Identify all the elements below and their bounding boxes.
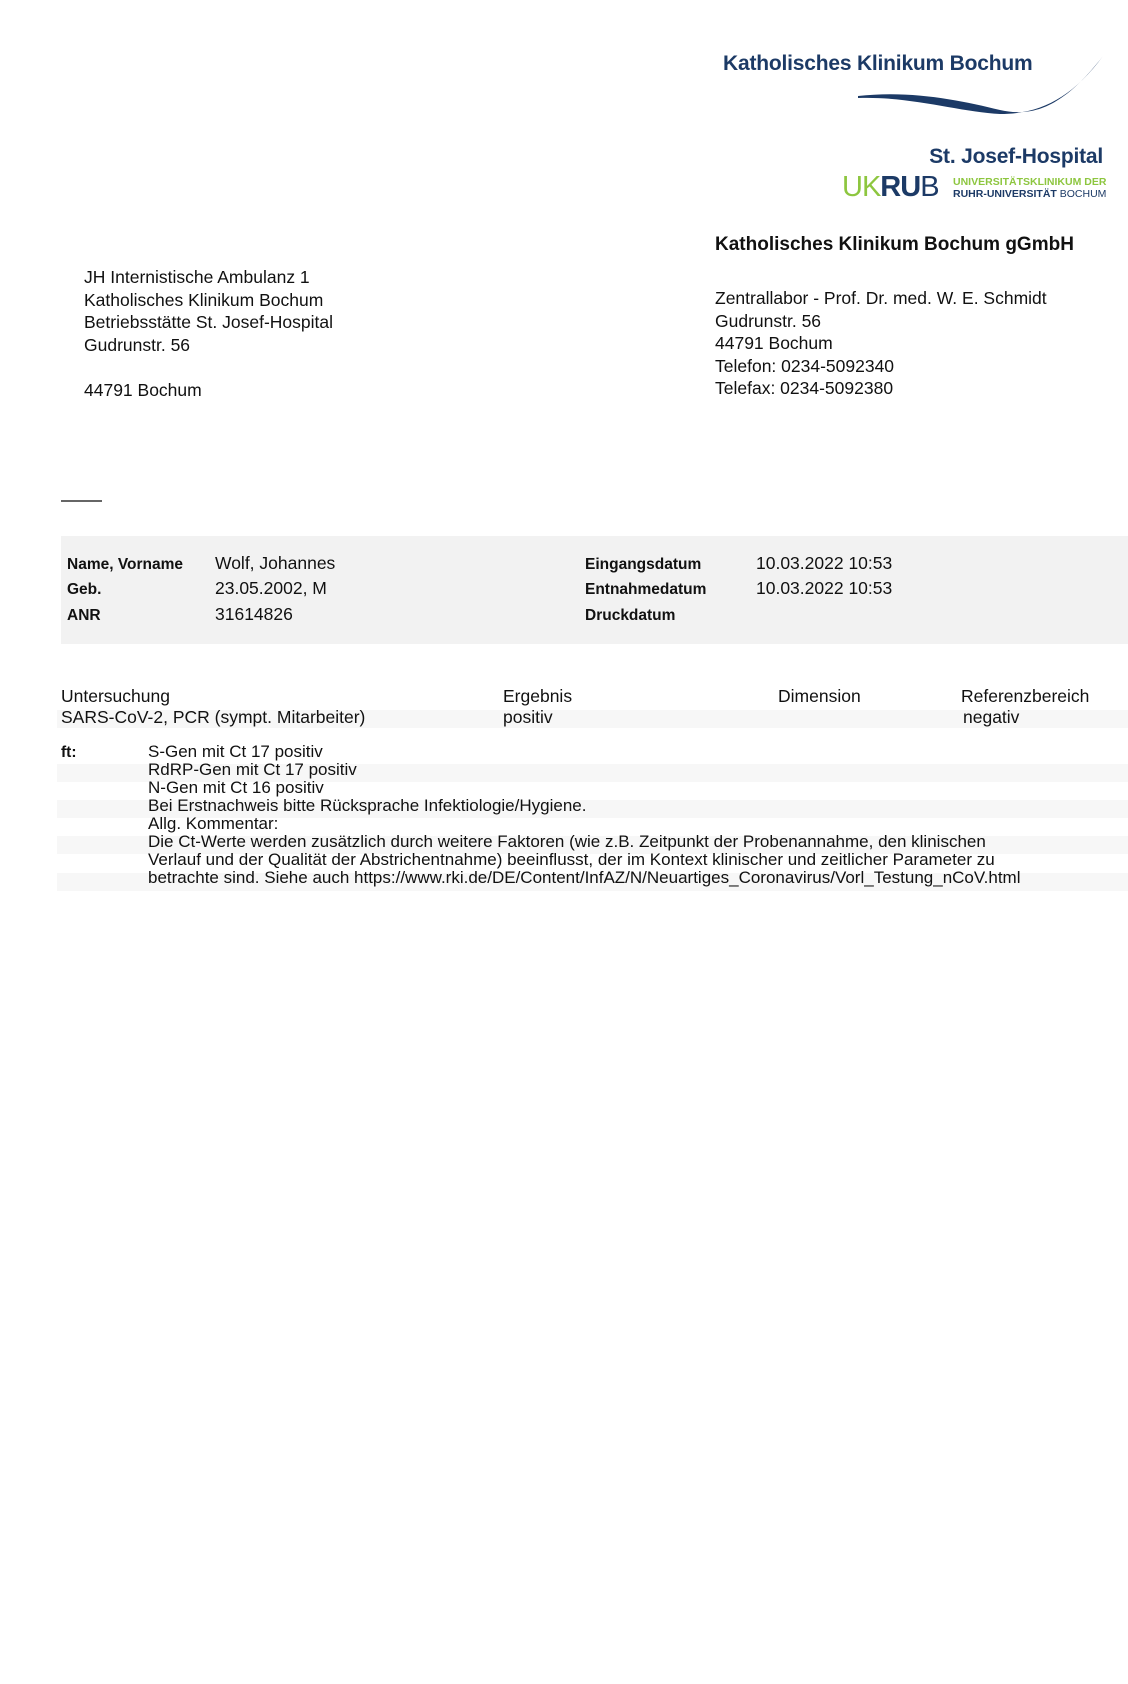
result-value: positiv [503, 707, 553, 728]
header-test: Untersuchung [61, 686, 170, 707]
sender-line: Gudrunstr. 56 [715, 310, 1047, 333]
printed-date-label: Druckdatum [585, 607, 675, 625]
recipient-address: JH Internistische Ambulanz 1 Katholische… [84, 266, 333, 402]
ukrub-subtitle-thin: BOCHUM [1060, 188, 1107, 200]
recipient-line: Betriebsstätte St. Josef-Hospital [84, 311, 333, 334]
sender-line: Telefon: 0234-5092340 [715, 355, 1047, 378]
name-value: Wolf, Johannes [215, 553, 335, 574]
ukrub-subtitle-line1: UNIVERSITÄTSKLINIKUM DER [953, 176, 1106, 188]
comment-line: Verlauf und der Qualität der Abstrichent… [148, 851, 995, 869]
ukrub-logo-uk: UK [842, 171, 880, 203]
dob-label: Geb. [67, 581, 101, 599]
recipient-line: Katholisches Klinikum Bochum [84, 289, 333, 312]
sender-line: 44791 Bochum [715, 332, 1047, 355]
comment-line: S-Gen mit Ct 17 positiv [148, 743, 323, 761]
recipient-line: 44791 Bochum [84, 379, 333, 402]
fold-mark [61, 500, 102, 502]
header-unit: Dimension [778, 686, 861, 707]
logo-hospital-name: St. Josef-Hospital [929, 145, 1103, 169]
result-reference: negativ [963, 707, 1019, 728]
comment-label: ft: [61, 744, 77, 762]
comment-line: Die Ct-Werte werden zusätzlich durch wei… [148, 833, 986, 851]
result-test: SARS-CoV-2, PCR (sympt. Mitarbeiter) [61, 707, 365, 728]
logo-swoosh-icon [850, 50, 1112, 122]
collected-date-label: Entnahmedatum [585, 581, 706, 599]
ukrub-subtitle-bold: RUHR-UNIVERSITÄT [953, 188, 1057, 200]
sender-title: Katholisches Klinikum Bochum gGmbH [715, 234, 1074, 256]
recipient-line [84, 356, 333, 379]
ukrub-logo: UKRUB [842, 172, 939, 202]
anr-value: 31614826 [215, 604, 293, 625]
recipient-line: JH Internistische Ambulanz 1 [84, 266, 333, 289]
ukrub-logo-b: B [920, 171, 938, 203]
ukrub-subtitle-line2: RUHR-UNIVERSITÄT BOCHUM [953, 188, 1106, 200]
ukrub-subtitle: UNIVERSITÄTSKLINIKUM DER RUHR-UNIVERSITÄ… [953, 176, 1106, 200]
comment-line: betrachte sind. Siehe auch https://www.r… [148, 869, 1021, 887]
dob-value: 23.05.2002, M [215, 578, 327, 599]
comment-line: N-Gen mit Ct 16 positiv [148, 779, 324, 797]
sender-address: Zentrallabor - Prof. Dr. med. W. E. Schm… [715, 287, 1047, 400]
sender-line: Zentrallabor - Prof. Dr. med. W. E. Schm… [715, 287, 1047, 310]
comment-line: Bei Erstnachweis bitte Rücksprache Infek… [148, 797, 586, 815]
header-reference: Referenzbereich [961, 686, 1089, 707]
sender-line: Telefax: 0234-5092380 [715, 377, 1047, 400]
name-label: Name, Vorname [67, 556, 183, 574]
anr-label: ANR [67, 607, 101, 625]
ukrub-logo-ru: RU [880, 171, 920, 203]
received-date-label: Eingangsdatum [585, 556, 701, 574]
collected-date-value: 10.03.2022 10:53 [756, 578, 892, 599]
comment-line: Allg. Kommentar: [148, 815, 278, 833]
recipient-line: Gudrunstr. 56 [84, 334, 333, 357]
comment-line: RdRP-Gen mit Ct 17 positiv [148, 761, 357, 779]
header-result: Ergebnis [503, 686, 572, 707]
received-date-value: 10.03.2022 10:53 [756, 553, 892, 574]
